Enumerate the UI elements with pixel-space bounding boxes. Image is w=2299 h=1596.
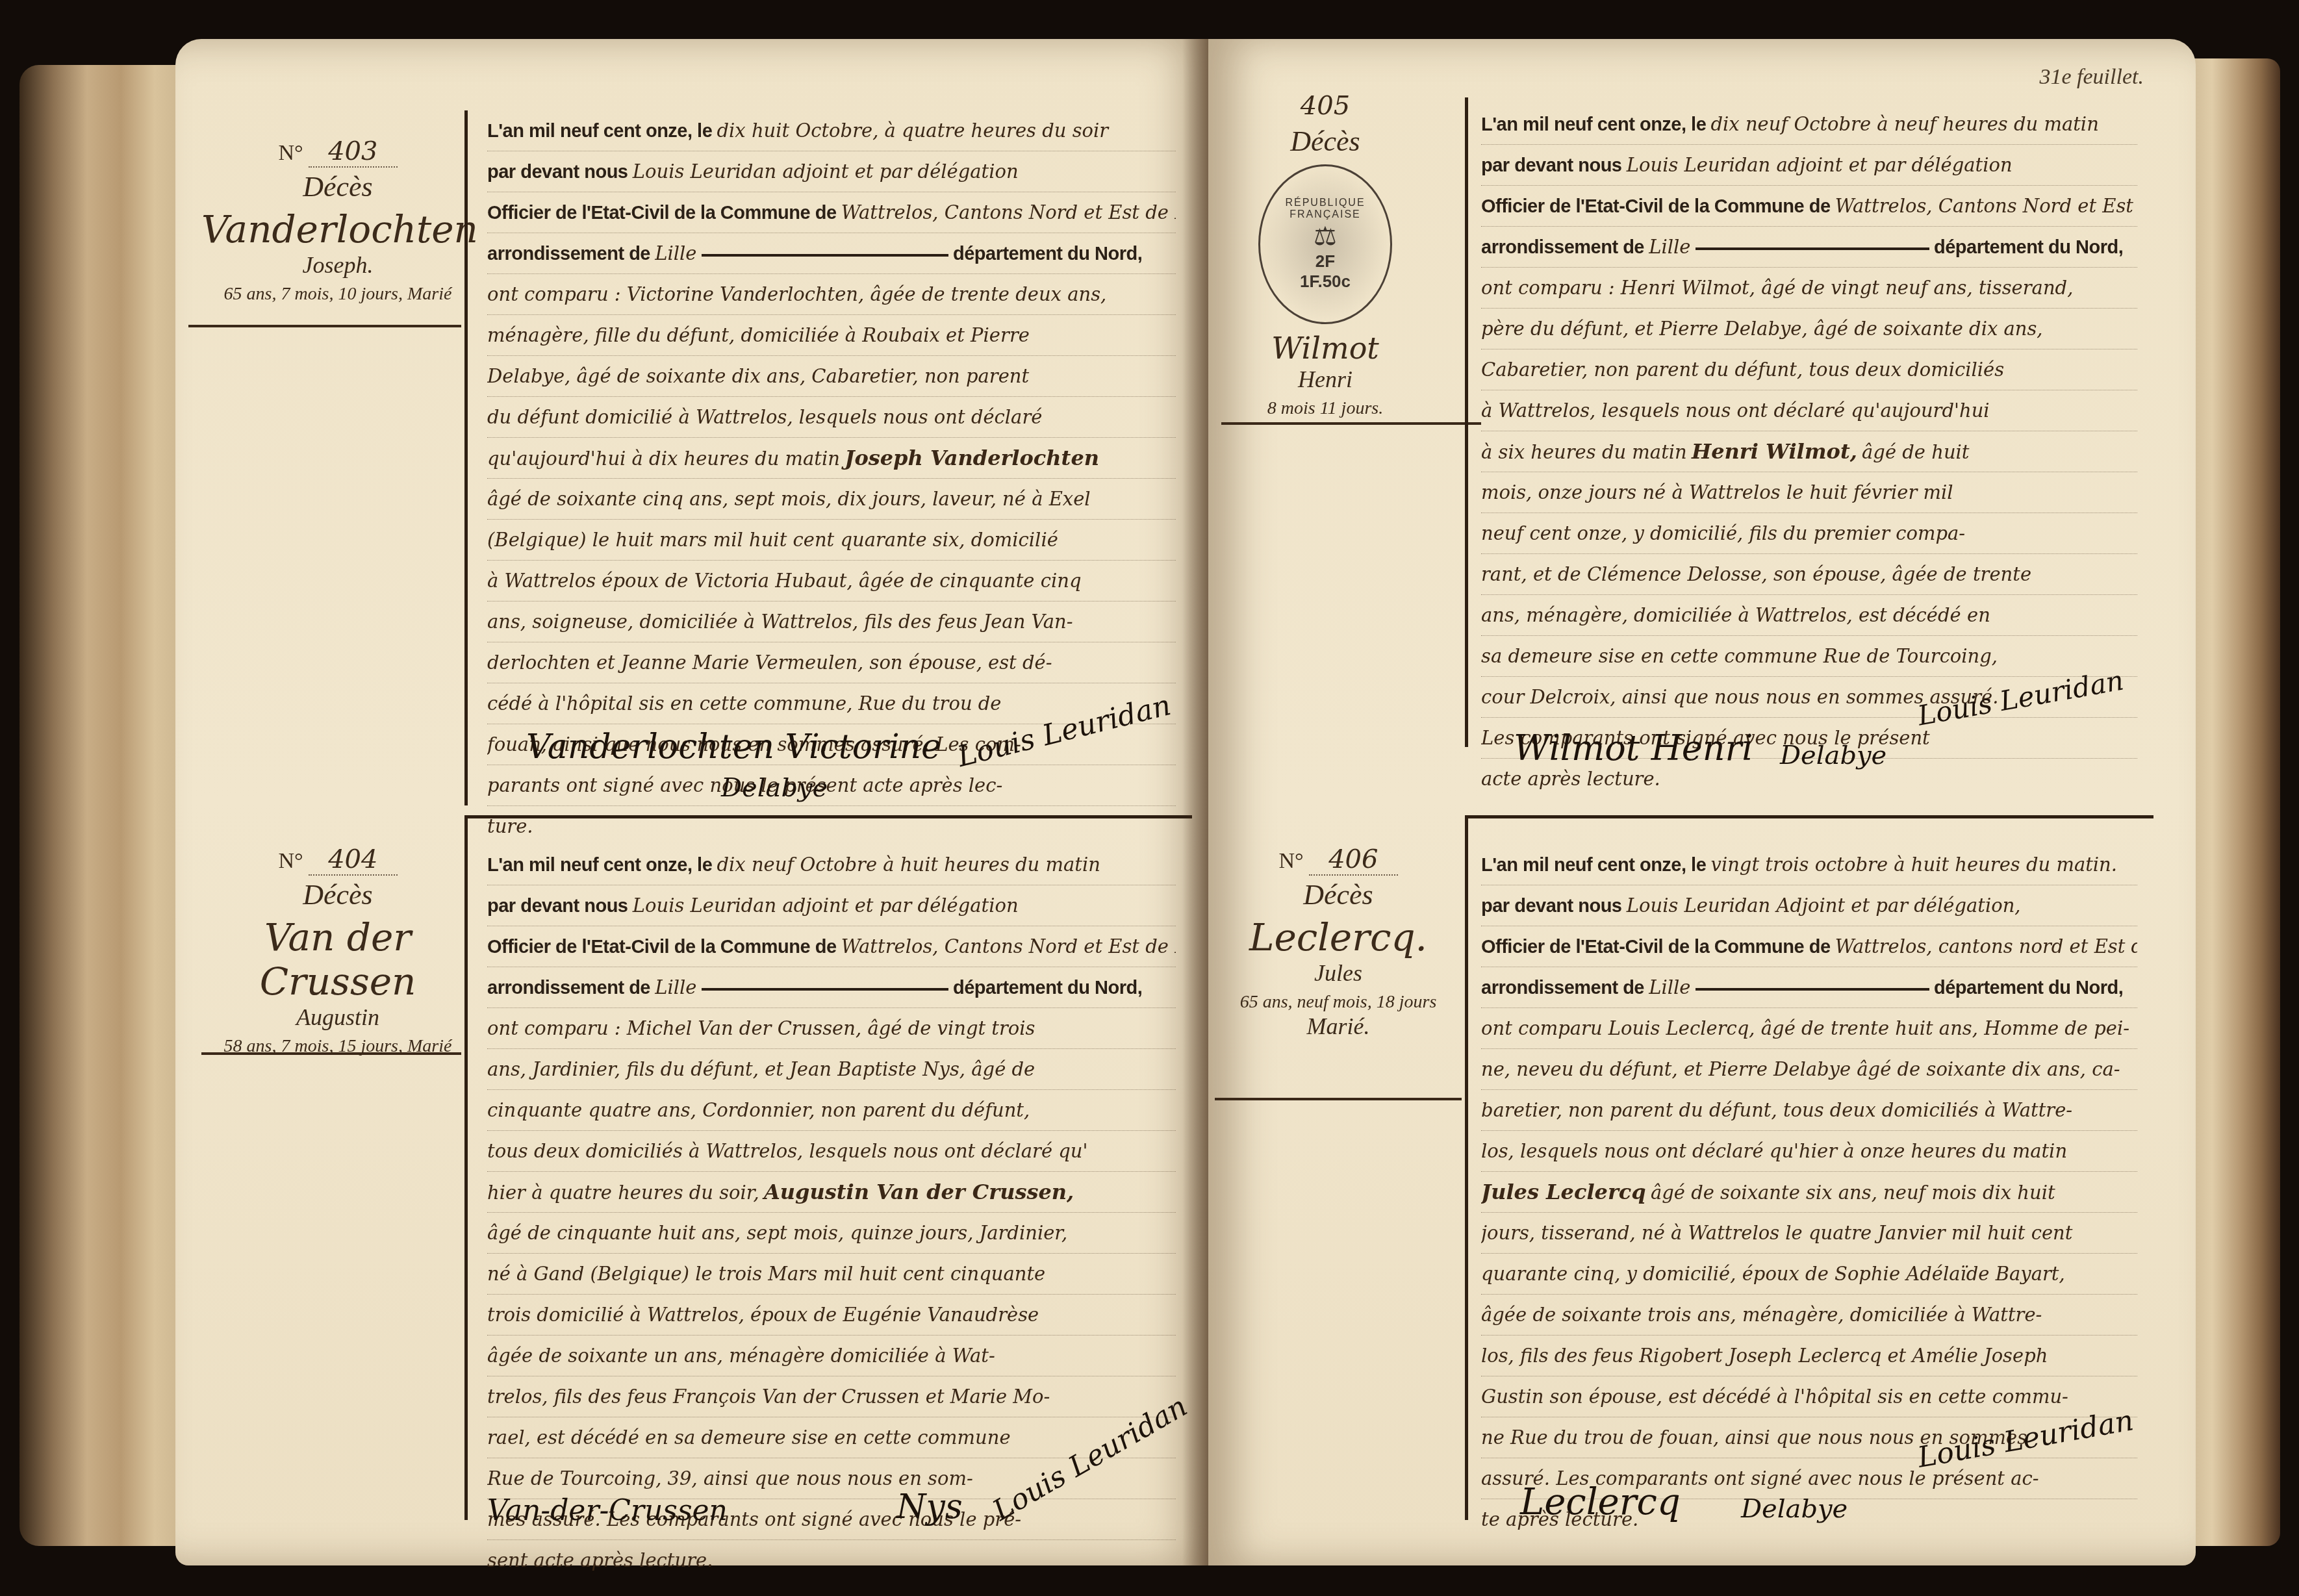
right-page: 31e feuillet. 405 Décès RÉPUBLIQUE FRANÇ… [1208, 39, 2196, 1565]
text-line: hier à quatre heures du soir, Augustin V… [487, 1172, 1176, 1213]
deceased-age-status: 65 ans, 7 mois, 10 jours, Marié [201, 284, 474, 305]
text-line: ont comparu : Michel Van der Crussen, âg… [487, 1008, 1176, 1049]
column-rule [464, 818, 468, 1520]
text-line: los, fils des feus Rigobert Joseph Lecle… [1481, 1336, 2137, 1376]
text-line: par devant nous Louis Leuridan adjoint e… [487, 151, 1176, 192]
signature: Nys [896, 1488, 963, 1526]
deceased-given-name: Joseph. [201, 251, 474, 279]
margin-divider [201, 1052, 461, 1055]
text-line: neuf cent onze, y domicilié, fils du pre… [1481, 513, 2137, 554]
text-line: L'an mil neuf cent onze, le dix neuf Oct… [487, 844, 1176, 885]
stamp-value: 2F [1315, 251, 1335, 272]
text-line: à Wattrelos, lesquels nous ont déclaré q… [1481, 390, 2137, 431]
record-margin: N° 403 Décès Vanderlochten Joseph. 65 an… [201, 136, 474, 305]
text-line: ont comparu Louis Leclercq, âgé de trent… [1481, 1008, 2137, 1049]
margin-divider [1221, 422, 1481, 425]
text-line: derlochten et Jeanne Marie Vermeulen, so… [487, 642, 1176, 683]
record-number: N° 403 [201, 136, 474, 166]
record-number: N° 404 [201, 844, 474, 874]
text-line: baretier, non parent du défunt, tous deu… [1481, 1090, 2137, 1131]
death-record-403: N° 403 Décès Vanderlochten Joseph. 65 an… [175, 39, 1208, 805]
record-number: N° 406 [1215, 844, 1462, 874]
text-line: trois domicilié à Wattrelos, époux de Eu… [487, 1295, 1176, 1336]
deceased-given-name: Henri [1221, 366, 1429, 393]
left-page: N° 403 Décès Vanderlochten Joseph. 65 an… [175, 39, 1208, 1565]
deceased-surname: Leclercq. [1215, 915, 1462, 959]
text-line: L'an mil neuf cent onze, le dix huit Oct… [487, 110, 1176, 151]
text-line: L'an mil neuf cent onze, le vingt trois … [1481, 844, 2137, 885]
stamp-ring-text: RÉPUBLIQUE FRANÇAISE [1260, 197, 1390, 221]
record-margin: N° 406 Décès Leclercq. Jules 65 ans, neu… [1215, 844, 1462, 1040]
text-line: Gustin son épouse, est décédé à l'hôpita… [1481, 1376, 2137, 1417]
text-line: ans, soigneuse, domiciliée à Wattrelos, … [487, 602, 1176, 642]
text-line: né à Gand (Belgique) le trois Mars mil h… [487, 1254, 1176, 1295]
deceased-surname: Wilmot [1221, 331, 1429, 366]
book-page-edges-left [19, 65, 188, 1546]
text-line: arrondissement de Lille département du N… [487, 967, 1176, 1008]
text-line: âgée de soixante un ans, ménagère domici… [487, 1336, 1176, 1376]
text-line: par devant nous Louis Leuridan adjoint e… [1481, 145, 2137, 186]
deceased-marital-status: Marié. [1215, 1013, 1462, 1040]
death-record-404: N° 404 Décès Van der Crussen Augustin 58… [175, 818, 1208, 1565]
deceased-surname: Van der Crussen [201, 915, 474, 1004]
deceased-surname: Vanderlochten [201, 207, 474, 251]
text-line: rant, et de Clémence Delosse, son épouse… [1481, 554, 2137, 595]
text-line: père du défunt, et Pierre Delabye, âgé d… [1481, 309, 2137, 349]
text-line: Officier de l'Etat-Civil de la Commune d… [487, 192, 1176, 233]
record-margin: 405 Décès RÉPUBLIQUE FRANÇAISE ⚖ 2F 1F.5… [1221, 91, 1429, 419]
signature: Delabye [1741, 1494, 1848, 1524]
death-record-406: N° 406 Décès Leclercq. Jules 65 ans, neu… [1208, 818, 2196, 1565]
text-line: par devant nous Louis Leuridan Adjoint e… [1481, 885, 2137, 926]
text-line: cinquante quatre ans, Cordonnier, non pa… [487, 1090, 1176, 1131]
signature: Vanderlochten Victorine [526, 728, 941, 766]
text-line: ont comparu : Henri Wilmot, âgé de vingt… [1481, 268, 2137, 309]
deceased-given-name: Jules [1215, 959, 1462, 987]
deceased-age-status: 65 ans, neuf mois, 18 jours [1215, 992, 1462, 1013]
text-line: sa demeure sise en cette commune Rue de … [1481, 636, 2137, 677]
text-line: ont comparu : Victorine Vanderlochten, â… [487, 274, 1176, 315]
text-line: du défunt domicilié à Wattrelos, lesquel… [487, 397, 1176, 438]
justice-scales-icon: ⚖ [1314, 221, 1337, 251]
signature: Delabye [721, 773, 828, 803]
text-line: jours, tisserand, né à Wattrelos le quat… [1481, 1213, 2137, 1254]
record-kind: Décès [201, 170, 474, 203]
record-number: 405 [1221, 91, 1429, 121]
text-line: âgé de soixante cinq ans, sept mois, dix… [487, 479, 1176, 520]
text-line: par devant nous Louis Leuridan adjoint e… [487, 885, 1176, 926]
margin-divider [188, 325, 461, 327]
column-rule [1465, 818, 1468, 1520]
text-line: à Wattrelos époux de Victoria Hubaut, âg… [487, 561, 1176, 602]
signature: Leclercq [1520, 1481, 1681, 1523]
text-line: Cabaretier, non parent du défunt, tous d… [1481, 349, 2137, 390]
text-line: âgée de soixante trois ans, ménagère, do… [1481, 1295, 2137, 1336]
death-record-405: 405 Décès RÉPUBLIQUE FRANÇAISE ⚖ 2F 1F.5… [1208, 39, 2196, 805]
text-line: los, lesquels nous ont déclaré qu'hier à… [1481, 1131, 2137, 1172]
text-line: arrondissement de Lille département du N… [1481, 227, 2137, 268]
deceased-given-name: Augustin [201, 1004, 474, 1031]
text-line: ménagère, fille du défunt, domiciliée à … [487, 315, 1176, 356]
margin-divider [1215, 1098, 1462, 1100]
text-line: quarante cinq, y domicilié, époux de Sop… [1481, 1254, 2137, 1295]
column-rule [1465, 97, 1468, 747]
text-line: ans, Jardinier, fils du défunt, et Jean … [487, 1049, 1176, 1090]
text-line: âgé de cinquante huit ans, sept mois, qu… [487, 1213, 1176, 1254]
text-line: trelos, fils des feus François Van der C… [487, 1376, 1176, 1417]
deceased-age-status: 8 mois 11 jours. [1221, 398, 1429, 419]
text-line: qu'aujourd'hui à dix heures du matin Jos… [487, 438, 1176, 479]
record-margin: N° 404 Décès Van der Crussen Augustin 58… [201, 844, 474, 1057]
text-line: parants ont signé avec nous le présent a… [487, 765, 1176, 806]
signature: Delabye [1780, 741, 1886, 770]
column-rule [464, 110, 468, 805]
text-line: L'an mil neuf cent onze, le dix neuf Oct… [1481, 104, 2137, 145]
record-kind: Décès [1221, 125, 1429, 158]
text-line: tous deux domiciliés à Wattrelos, lesque… [487, 1131, 1176, 1172]
text-line: Jules Leclercq âgé de soixante six ans, … [1481, 1172, 2137, 1213]
text-line: arrondissement de Lille département du N… [487, 233, 1176, 274]
text-line: Officier de l'Etat-Civil de la Commune d… [487, 926, 1176, 967]
text-line: ne, neveu du défunt, et Pierre Delabye â… [1481, 1049, 2137, 1090]
text-line: Delabye, âgé de soixante dix ans, Cabare… [487, 356, 1176, 397]
text-line: (Belgique) le huit mars mil huit cent qu… [487, 520, 1176, 561]
text-line: ans, ménagère, domiciliée à Wattrelos, e… [1481, 595, 2137, 636]
text-line: mois, onze jours né à Wattrelos le huit … [1481, 472, 2137, 513]
text-line: Officier de l'Etat-Civil de la Commune d… [1481, 926, 2137, 967]
signature: Van-der-Crussen [487, 1494, 728, 1527]
record-kind: Décès [1215, 878, 1462, 911]
signature: Wilmot Henri [1514, 728, 1753, 768]
open-register-book: N° 403 Décès Vanderlochten Joseph. 65 an… [19, 26, 2280, 1578]
tax-stamp: RÉPUBLIQUE FRANÇAISE ⚖ 2F 1F.50c [1258, 164, 1392, 324]
text-line: à six heures du matin Henri Wilmot, âgé … [1481, 431, 2137, 472]
stamp-value: 1F.50c [1300, 272, 1351, 292]
record-kind: Décès [201, 878, 474, 911]
text-line: arrondissement de Lille département du N… [1481, 967, 2137, 1008]
text-line: Officier de l'Etat-Civil de la Commune d… [1481, 186, 2137, 227]
text-line: sent acte après lecture. [487, 1540, 1176, 1580]
book-page-edges-right [2183, 58, 2280, 1546]
